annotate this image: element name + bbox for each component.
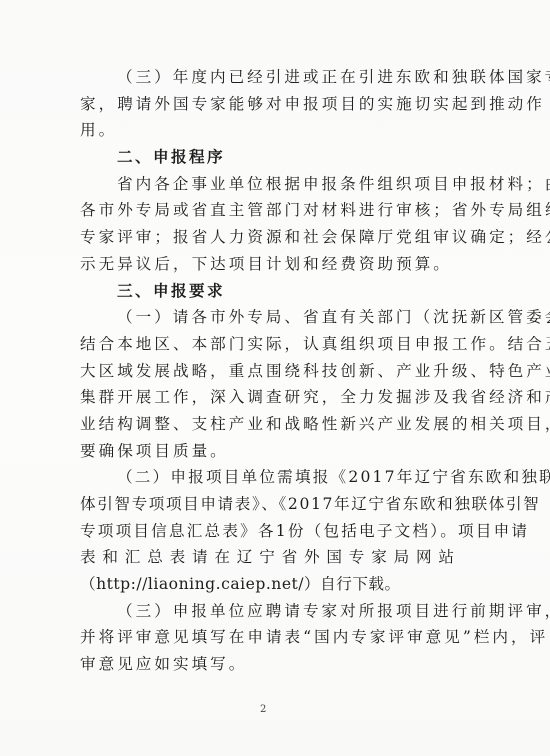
paragraph-line: 家，聘请外国专家能够对申报项目的实施切实起到推动作 <box>80 91 454 118</box>
document-page: （三）年度内已经引进或正在引进东欧和独联体国家专 家，聘请外国专家能够对申报项目… <box>0 0 550 756</box>
paragraph-line: 示无异议后，下达项目计划和经费资助预算。 <box>80 251 454 278</box>
page-number: 2 <box>260 704 266 715</box>
paragraph-line: 用。 <box>80 117 454 144</box>
website-link-line: （http://liaoning.caiep.net/）自行下载。 <box>80 571 454 598</box>
paragraph-line: 要确保项目质量。 <box>80 438 454 465</box>
paragraph-line: 集群开展工作，深入调查研究，全力发掘涉及我省经济和产 <box>80 384 454 411</box>
document-body: （三）年度内已经引进或正在引进东欧和独联体国家专 家，聘请外国专家能够对申报项目… <box>80 64 454 678</box>
paragraph-line: 业结构调整、支柱产业和战略性新兴产业发展的相关项目， <box>80 411 454 438</box>
paragraph-line: 大区域发展战略，重点围绕科技创新、产业升级、特色产业 <box>80 358 454 385</box>
section-heading-procedure: 二、申报程序 <box>80 144 454 171</box>
paragraph-line: 省内各企事业单位根据申报条件组织项目申报材料；由 <box>80 171 454 198</box>
paragraph-line: 表和汇总表请在辽宁省外国专家局网站 <box>80 544 454 571</box>
paragraph-line: 专家评审；报省人力资源和社会保障厅党组审议确定；经公 <box>80 224 454 251</box>
paragraph-line: 审意见应如实填写。 <box>80 651 454 678</box>
paragraph-line: 体引智专项项目申请表》、《2017年辽宁省东欧和独联体引智 <box>80 491 454 518</box>
paragraph-line: （三）年度内已经引进或正在引进东欧和独联体国家专 <box>80 64 454 91</box>
paragraph-line: 结合本地区、本部门实际，认真组织项目申报工作。结合五 <box>80 331 454 358</box>
paragraph-line: 并将评审意见填写在申请表“国内专家评审意见”栏内，评 <box>80 624 454 651</box>
paragraph-line: 各市外专局或省直主管部门对材料进行审核；省外专局组织 <box>80 197 454 224</box>
paragraph-line: （二）申报项目单位需填报《2017年辽宁省东欧和独联 <box>80 464 454 491</box>
paragraph-line: （一）请各市外专局、省直有关部门（沈抚新区管委会） <box>80 304 454 331</box>
section-heading-requirements: 三、申报要求 <box>80 278 454 305</box>
paragraph-line: 专项项目信息汇总表》各1份（包括电子文档）。项目申请 <box>80 518 454 545</box>
paragraph-line: （三）申报单位应聘请专家对所报项目进行前期评审， <box>80 598 454 625</box>
